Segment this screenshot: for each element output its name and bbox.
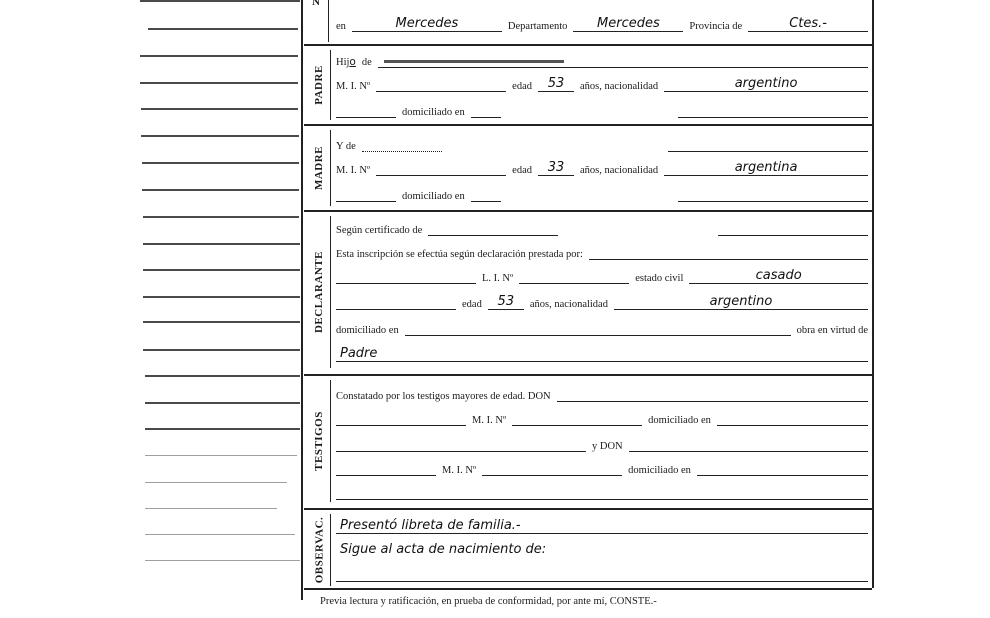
inscripcion-label: Esta inscripción se efectúa según declar…	[336, 249, 583, 260]
stub-line	[145, 560, 300, 561]
padre-edad-value: 53	[548, 76, 565, 91]
birth-record-form: N en Mercedes Departamento Mercedes Prov…	[304, 0, 874, 588]
certificado-label: Según certificado de	[336, 225, 422, 236]
section-observaciones: OBSERVAC. Presentó libreta de familia.- …	[304, 508, 872, 590]
testigos-row-3: y DON	[336, 432, 868, 452]
anos-label: años, nacionalidad	[530, 299, 608, 310]
stub-line	[145, 482, 287, 483]
observaciones-row-1: Presentó libreta de familia.-	[336, 514, 868, 534]
testigo-2-blank[interactable]	[336, 461, 436, 476]
domicilio-label: domiciliado en	[402, 191, 465, 202]
madre-row-1: Y de	[336, 132, 868, 152]
stub-line	[142, 189, 299, 191]
section-padre: PADRE Hijo de M. I. Nº edad 53 años, nac…	[304, 44, 872, 126]
declarante-row-1: Según certificado de	[336, 216, 868, 236]
mi-label: M. I. Nº	[336, 81, 370, 92]
provincia-label: Provincia de	[689, 21, 742, 32]
section-lugar: N en Mercedes Departamento Mercedes Prov…	[304, 0, 872, 46]
estado-civil-value: casado	[756, 268, 802, 283]
stub-line	[143, 216, 299, 218]
relacion-field[interactable]: Padre	[336, 347, 868, 362]
stub-line	[145, 508, 277, 509]
declarante-nacionalidad-field[interactable]: argentino	[614, 295, 868, 310]
section-label-padre: PADRE	[308, 50, 331, 120]
testigos-row-4: M. I. Nº domiciliado en	[336, 456, 868, 476]
madre-name-field[interactable]	[362, 137, 442, 152]
anos-label: años, nacionalidad	[580, 81, 658, 92]
stub-line	[143, 296, 300, 298]
redacted-name	[384, 60, 564, 63]
padre-row-1: Hijo de	[336, 48, 868, 68]
testigo-2-mi-field[interactable]	[482, 461, 622, 476]
madre-domicilio-field[interactable]	[471, 187, 501, 202]
mi-label: M. I. Nº	[442, 465, 476, 476]
section-label-declarante: DECLARANTE	[308, 216, 331, 368]
section-label-testigos: TESTIGOS	[308, 380, 331, 502]
observaciones-row-3	[336, 562, 868, 582]
padre-row-3: domiciliado en	[336, 98, 868, 118]
stub-line	[145, 455, 297, 456]
estado-civil-label: estado civil	[635, 273, 683, 284]
constatado-label: Constatado por los testigos mayores de e…	[336, 391, 551, 402]
padre-domicilio-field[interactable]	[471, 103, 501, 118]
stub-line	[142, 162, 299, 164]
madre-edad-value: 33	[548, 160, 565, 175]
declarante-blank[interactable]	[336, 269, 476, 284]
conste-footer: Previa lectura y ratificación, en prueba…	[320, 596, 657, 607]
y-de-label: Y de	[336, 141, 356, 152]
testigos-row-1: Constatado por los testigos mayores de e…	[336, 382, 868, 402]
departamento-field[interactable]: Mercedes	[573, 17, 683, 32]
padre-nacionalidad-field[interactable]: argentino	[664, 77, 868, 92]
padre-blank[interactable]	[336, 103, 396, 118]
en-field[interactable]: Mercedes	[352, 17, 502, 32]
provincia-field[interactable]: Ctes.-	[748, 17, 868, 32]
declarante-edad-field[interactable]: 53	[488, 295, 524, 310]
section-madre: MADRE Y de M. I. Nº edad 33 años, nacion…	[304, 124, 872, 212]
stub-line	[145, 534, 295, 535]
padre-row-2: M. I. Nº edad 53 años, nacionalidad arge…	[336, 72, 868, 92]
declarante-name-field[interactable]	[589, 245, 868, 260]
testigos-row-2: M. I. Nº domiciliado en	[336, 406, 868, 426]
stub-line	[140, 55, 298, 57]
madre-row-2: M. I. Nº edad 33 años, nacionalidad arge…	[336, 156, 868, 176]
declarante-nacionalidad-value: argentino	[710, 294, 773, 309]
madre-name-field-2[interactable]	[668, 137, 868, 152]
testigo-1-blank[interactable]	[336, 411, 466, 426]
relacion-value: Padre	[340, 346, 377, 361]
observaciones-line-3[interactable]	[336, 567, 868, 582]
padre-nacionalidad-value: argentino	[735, 76, 798, 91]
observaciones-line-1[interactable]: Presentó libreta de familia.-	[336, 519, 868, 534]
madre-nacionalidad-value: argentina	[735, 160, 798, 175]
obra-label: obra en virtud de	[797, 325, 868, 336]
padre-mi-field[interactable]	[376, 77, 506, 92]
perforation-divider	[301, 0, 303, 600]
declarante-li-field[interactable]	[519, 269, 629, 284]
stub-line	[145, 375, 300, 377]
section-declarante: DECLARANTE Según certificado de Esta ins…	[304, 210, 872, 376]
testigo-2-name-field[interactable]	[629, 437, 868, 452]
testigo-1-name-field[interactable]	[557, 387, 868, 402]
stub-line	[148, 28, 298, 30]
section-label-observaciones: OBSERVAC.	[308, 514, 331, 586]
observaciones-row-2: Sigue al acta de nacimiento de:	[336, 538, 868, 558]
domicilio-label: domiciliado en	[336, 325, 399, 336]
estado-civil-field[interactable]: casado	[689, 269, 868, 284]
certificado-field-2[interactable]	[718, 221, 868, 236]
declarante-domicilio-field[interactable]	[405, 321, 791, 336]
stub-line	[141, 135, 299, 137]
stub-line	[145, 428, 300, 430]
observaciones-text-1: Presentó libreta de familia.-	[340, 518, 521, 533]
edad-label: edad	[462, 299, 482, 310]
departamento-value: Mercedes	[597, 16, 660, 31]
declarante-edad-value: 53	[498, 294, 515, 309]
y-don-label: y DON	[592, 441, 623, 452]
domicilio-label: domiciliado en	[402, 107, 465, 118]
en-label: en	[336, 21, 346, 32]
declarante-row-6: Padre	[336, 342, 868, 362]
hijo-label: Hijo	[336, 56, 356, 68]
lugar-row: en Mercedes Departamento Mercedes Provin…	[336, 12, 868, 32]
certificado-field[interactable]	[428, 221, 558, 236]
stub-line	[140, 82, 298, 84]
madre-mi-field[interactable]	[376, 161, 506, 176]
declarante-row-3: L. I. Nº estado civil casado	[336, 264, 868, 284]
padre-name-field[interactable]	[378, 53, 868, 68]
stub-line	[143, 321, 300, 323]
testigo-2-domicilio-cont[interactable]	[336, 485, 868, 500]
domicilio-label: domiciliado en	[648, 415, 711, 426]
departamento-label: Departamento	[508, 21, 567, 32]
testigo-2-domicilio-field[interactable]	[697, 461, 868, 476]
domicilio-label: domiciliado en	[628, 465, 691, 476]
de-label: de	[362, 57, 372, 68]
observaciones-text-2: Sigue al acta de nacimiento de:	[340, 542, 546, 557]
edad-label: edad	[512, 81, 532, 92]
declarante-row-4: edad 53 años, nacionalidad argentino	[336, 290, 868, 310]
madre-edad-field[interactable]: 33	[538, 161, 574, 176]
stub-line	[145, 402, 300, 404]
testigos-row-5	[336, 480, 868, 500]
li-label: L. I. Nº	[482, 273, 513, 284]
edad-label: edad	[512, 165, 532, 176]
madre-nacionalidad-field[interactable]: argentina	[664, 161, 868, 176]
madre-blank[interactable]	[336, 187, 396, 202]
madre-row-3: domiciliado en	[336, 182, 868, 202]
stub-line	[140, 0, 300, 2]
stub-line	[141, 108, 298, 110]
section-label-madre: MADRE	[308, 130, 331, 206]
padre-edad-field[interactable]: 53	[538, 77, 574, 92]
mi-label: M. I. Nº	[336, 165, 370, 176]
stub-line	[143, 243, 300, 245]
testigo-1-domicilio-cont[interactable]	[336, 437, 586, 452]
stub-line	[143, 349, 300, 351]
padre-domicilio-field-2[interactable]	[678, 103, 868, 118]
anos-label: años, nacionalidad	[580, 165, 658, 176]
declarante-row-5: domiciliado en obra en virtud de	[336, 316, 868, 336]
testigo-1-domicilio-field[interactable]	[717, 411, 868, 426]
provincia-value: Ctes.-	[789, 16, 827, 31]
stub-line	[143, 269, 300, 271]
mi-label: M. I. Nº	[472, 415, 506, 426]
madre-domicilio-field-2[interactable]	[678, 187, 868, 202]
declarante-row-2: Esta inscripción se efectúa según declar…	[336, 240, 868, 260]
en-value: Mercedes	[396, 16, 459, 31]
observaciones-line-2[interactable]: Sigue al acta de nacimiento de:	[336, 543, 868, 558]
section-divider	[318, 0, 329, 42]
declarante-blank-2[interactable]	[336, 295, 456, 310]
section-testigos: TESTIGOS Constatado por los testigos may…	[304, 374, 872, 510]
testigo-1-mi-field[interactable]	[512, 411, 642, 426]
